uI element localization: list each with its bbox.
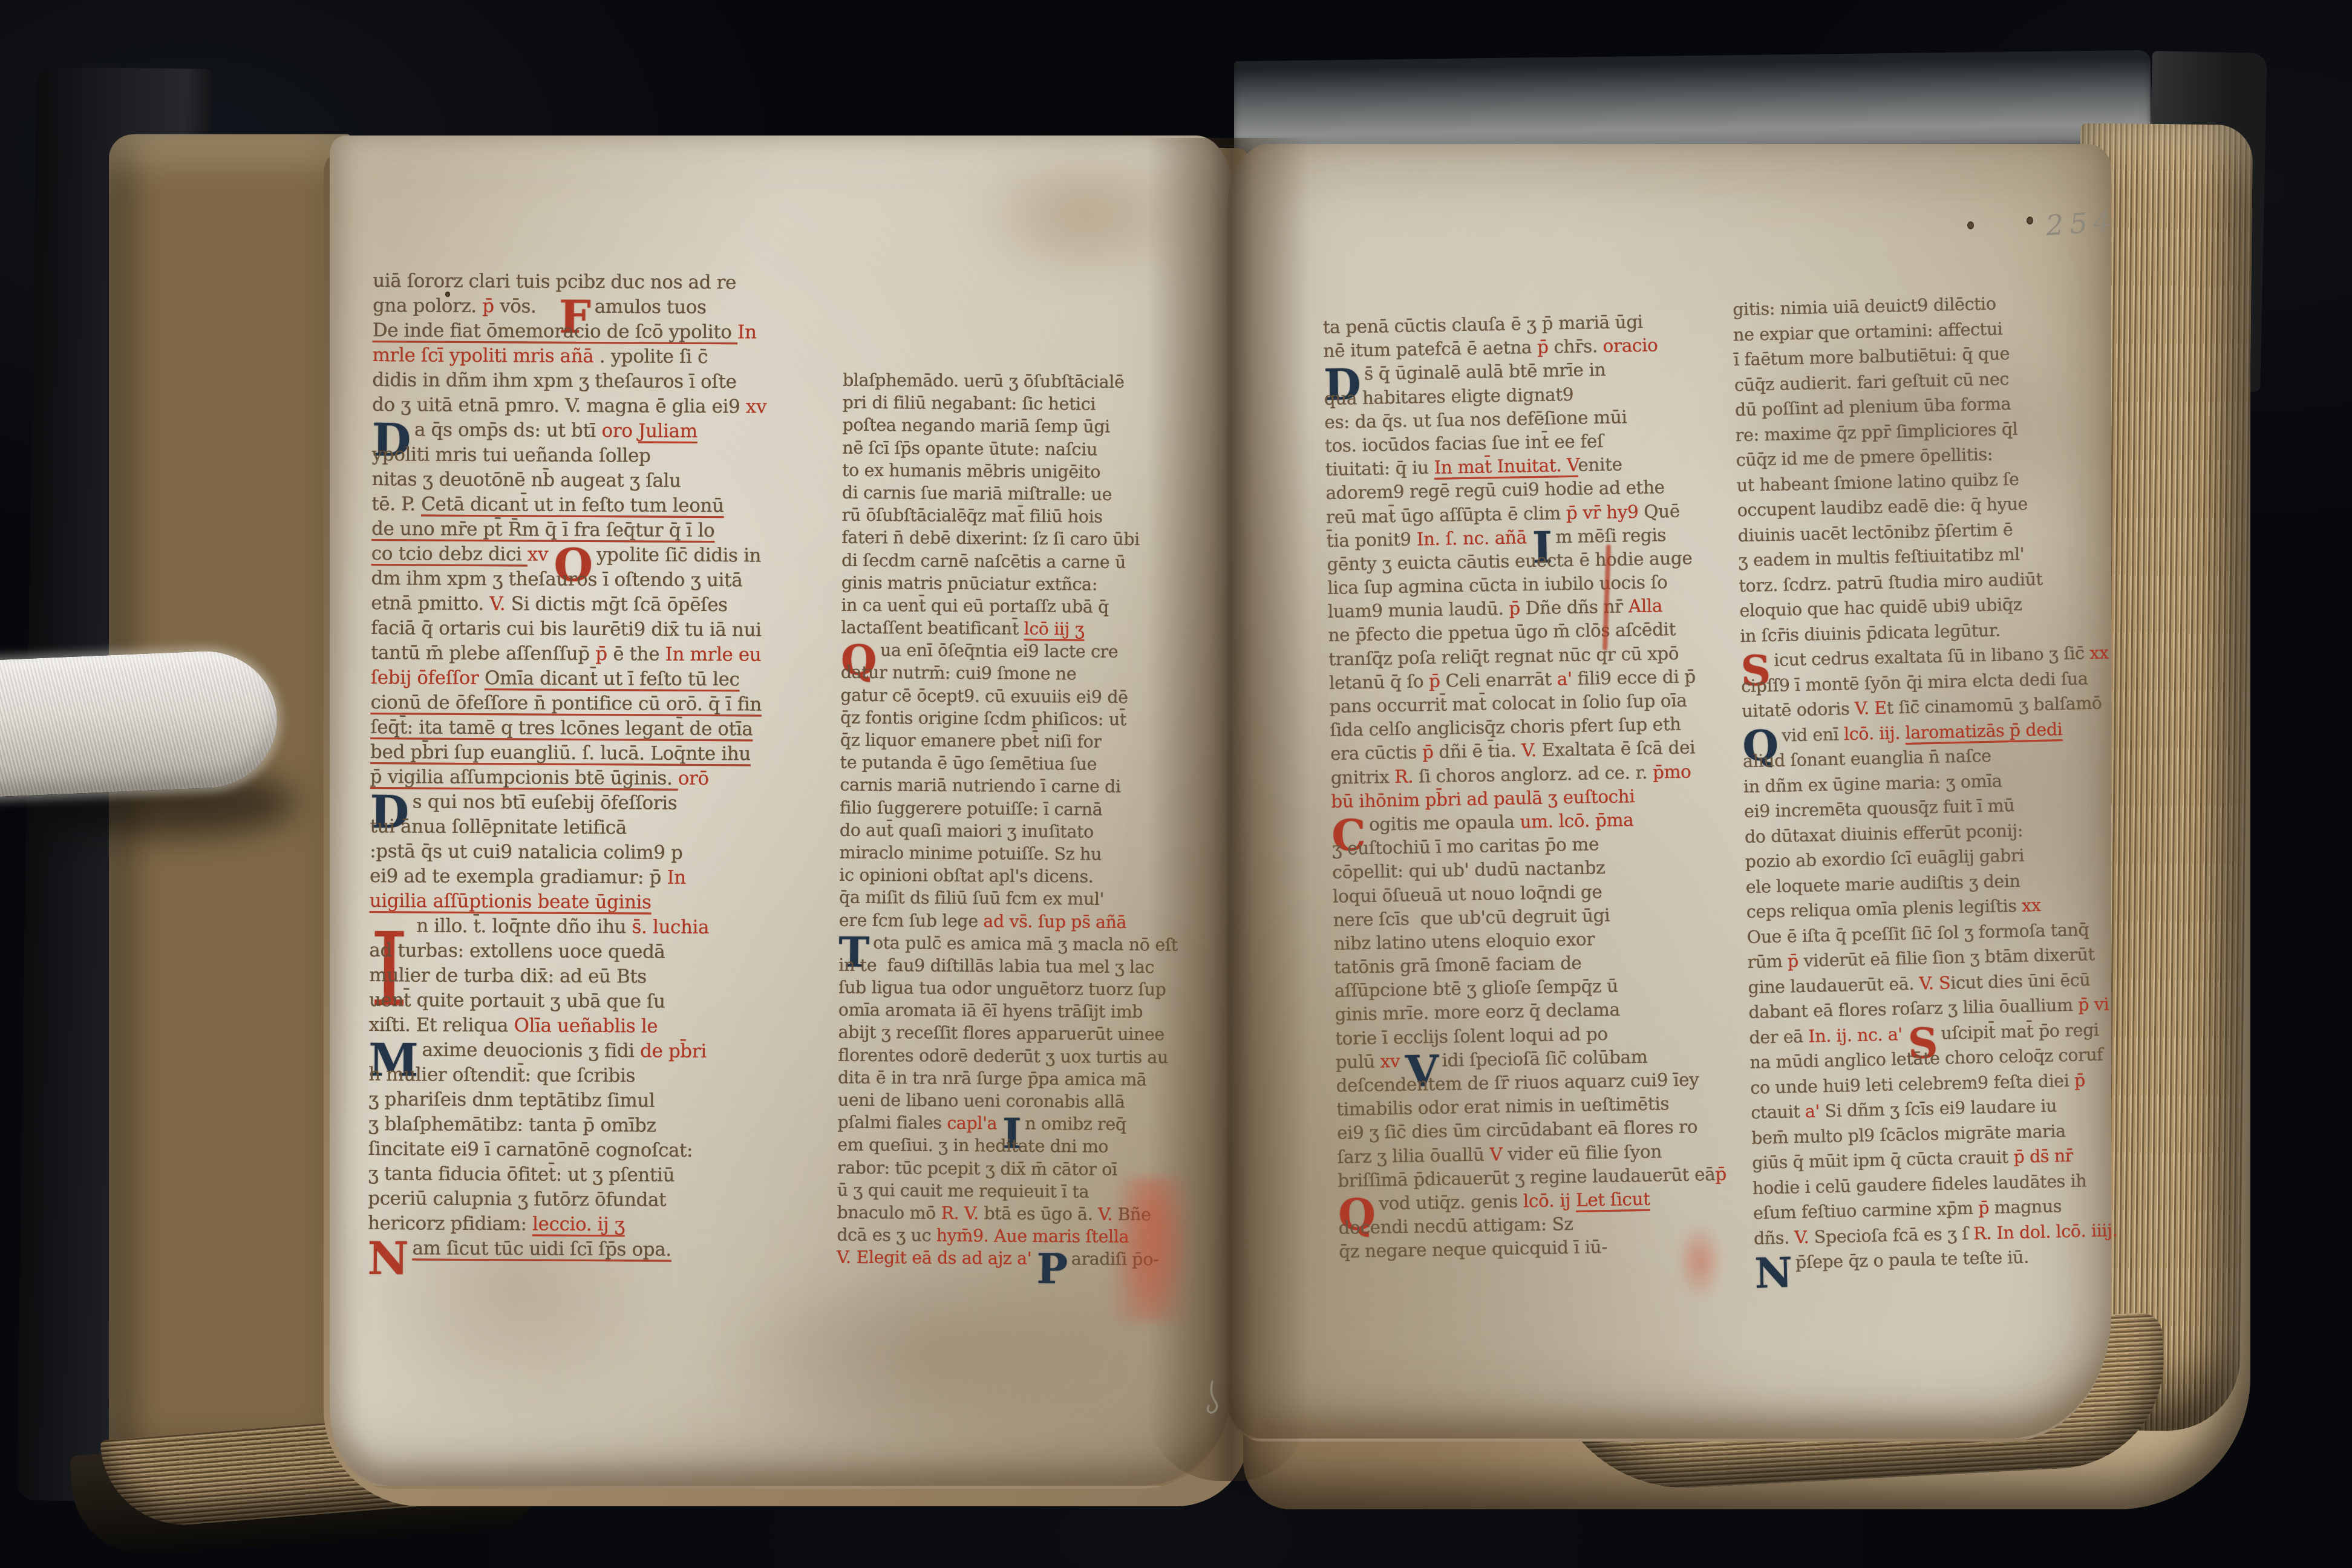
text-line: De inde fiat ōmemoracio de ſcō ypolito I… bbox=[373, 318, 812, 345]
text-line: ypoliti mris tui ueñanda ſollep bbox=[372, 442, 811, 469]
text-segment: xv bbox=[528, 543, 554, 565]
text-segment: vod utiq̄z. genis bbox=[1379, 1191, 1523, 1214]
text-segment: Quē bbox=[1644, 500, 1680, 521]
text-line: blaſphemādo. uerū ʒ ōſubſtācialē bbox=[843, 369, 1243, 394]
text-segment: lcō. iij. bbox=[1844, 722, 1906, 743]
text-segment: rū ōſubſtācialēq̄z mat̄ filiū hois bbox=[841, 505, 1102, 527]
text-segment: in dñm ex ūgine maria: ʒ omīa bbox=[1743, 771, 2002, 797]
text-segment: xv bbox=[1380, 1051, 1405, 1072]
text-segment: ei9 ad te exempla gradiamur: p̄ bbox=[370, 865, 667, 889]
text-segment: ele loquete marie audiſtis ʒ dein bbox=[1745, 871, 2020, 897]
text-segment: q̄z negare neque quicquid ī iū- bbox=[1339, 1236, 1607, 1262]
text-segment: di ſecdm carnē naſcētis a carne ū bbox=[841, 550, 1126, 572]
text-line: ei9 ad te exempla gradiamur: p̄ In bbox=[370, 864, 809, 891]
text-segment: ē the bbox=[613, 643, 665, 665]
text-line: di carnis ſue mariā miſtralle: ue bbox=[842, 482, 1243, 507]
text-segment: Alla bbox=[1628, 596, 1663, 617]
text-segment: dcā es ʒ uc bbox=[837, 1225, 936, 1246]
text-segment: re: maxime q̄z ppr̄ ſimpliciores q̄l bbox=[1736, 419, 2018, 445]
text-segment: filio ſuggerere potuiſſe: ī carnā bbox=[840, 797, 1102, 819]
text-segment: cōpellit: qui ub' dudū nactanbz bbox=[1332, 857, 1605, 883]
text-segment: mulier de turba dix̄: ad eū Bts bbox=[369, 964, 647, 987]
text-segment: am ſicut tūc uidi ſcī ſp̄s opa. bbox=[412, 1237, 671, 1260]
text-line: poſtea negando mariā ſemp ūgi bbox=[842, 414, 1243, 439]
text-line: pſalmi fiales capl'a In omibz req̄ bbox=[837, 1111, 1238, 1137]
text-segment: R. V. bbox=[941, 1203, 984, 1223]
text-segment: faciā q̄ ortaris cui bis laurēti9 dix̄ t… bbox=[371, 617, 762, 641]
text-segment: florentes odorē dederūt ʒ uox turtis au bbox=[838, 1045, 1168, 1067]
text-line: faciā q̄ ortaris cui bis laurēti9 dix̄ t… bbox=[371, 616, 810, 643]
text-segment: p̄ bbox=[1715, 1163, 1726, 1184]
text-segment: xx bbox=[2022, 895, 2041, 916]
text-segment: Si dictis mḡt ſcā ōpēſes bbox=[511, 593, 728, 616]
text-line: Ds qui nos btī euſebij ōfeſſoris bbox=[370, 789, 809, 817]
text-segment: V. bbox=[489, 593, 511, 615]
text-segment: xiſti. Et reliqua bbox=[369, 1014, 514, 1036]
text-segment: miraclo minime potuiſſe. Sz hu bbox=[840, 843, 1102, 864]
text-segment: viderūt eā filie ſion ʒ btām dixerūt bbox=[1803, 944, 2095, 971]
text-segment: ypoliti mris tui ueñanda ſollep bbox=[372, 443, 651, 466]
text-line: ſincitate ei9 ī carnatōnē cognoſcat: bbox=[368, 1137, 808, 1164]
text-segment: q̄a miſit ds filiū ſuū fcm ex mul' bbox=[839, 887, 1104, 909]
text-segment: gatur cē ōcept9. cū exuuiis ei9 dē bbox=[840, 685, 1128, 707]
text-segment: pceriū calupnia ʒ futōrz ōfundat bbox=[368, 1187, 666, 1211]
text-segment: timabilis odor erat nimis in ueſtimētis bbox=[1336, 1093, 1669, 1120]
text-segment: axime deuocionis ʒ fidi bbox=[422, 1039, 640, 1062]
text-line: ʒ tanta fiducia ōfitet̄: ut ʒ pſentiū bbox=[368, 1161, 807, 1189]
left-page-column-1: uiā ſororz clari tuis pcibz duc nos ad r… bbox=[368, 269, 812, 1263]
text-segment: tantū m̄ plebe aſſenſſup̄ bbox=[371, 642, 596, 665]
text-segment: p̄ſepe q̄z o paula te teſte iū. bbox=[1795, 1247, 2029, 1273]
text-segment: oracio bbox=[1602, 335, 1658, 357]
text-segment: fateri n̄ debē dixerint: ſz ſi caro ūbi bbox=[841, 528, 1140, 549]
text-segment: Si dñm ʒ ſcīs ei9 laudare iu bbox=[1824, 1096, 2057, 1121]
text-line: ueni de libano ueni coronabis allā bbox=[838, 1089, 1238, 1114]
text-line: in te fau9 diſtillās labia tua mel ʒ lac bbox=[838, 954, 1239, 979]
text-line: p̄ vigilia aſſumpcionis btē ūginis. orō bbox=[370, 765, 809, 792]
text-segment: V bbox=[1489, 1143, 1508, 1165]
text-segment: ū ʒ qui cauit me requieuit ī ta bbox=[837, 1180, 1089, 1201]
text-segment: a' bbox=[1805, 1101, 1825, 1122]
text-line: ʒ phariſeis dnm teptātibz ſimul bbox=[368, 1087, 808, 1114]
text-segment: em queſiui. ʒ in heditate dni mo bbox=[837, 1135, 1108, 1157]
text-segment: Dñe dñs nr̄ bbox=[1526, 596, 1629, 619]
text-line: Da q̄s omp̄s ds: ut btī oro Juliam bbox=[372, 417, 811, 445]
text-segment: do dūtaxat diuinis efferūt pconij: bbox=[1745, 820, 2024, 846]
text-segment: ua enī ōſeq̄ntia ei9 lacte cre bbox=[880, 640, 1118, 662]
text-segment: ta penā cūctis clauſa ē ʒ p̄ mariā ūgi bbox=[1322, 312, 1643, 338]
text-segment: gine laudauerūt eā. bbox=[1748, 973, 1919, 997]
text-line: do aut̄ quaſi maiori ʒ inuſitato bbox=[840, 818, 1240, 844]
text-segment: q̄z fontis origine ſcdm phiſicos: ut̄ bbox=[840, 708, 1126, 730]
text-segment: Exaltata ē ſcā dei bbox=[1542, 737, 1696, 760]
text-segment: pulū bbox=[1336, 1051, 1380, 1072]
text-segment: uitatē odoris bbox=[1742, 699, 1855, 721]
text-segment: uigilia aſſūptionis beate ūginis bbox=[370, 890, 652, 913]
text-segment: do aut̄ quaſi maiori ʒ inuſitato bbox=[840, 820, 1094, 841]
right-page-column-2: gitis: nimia uiā deuict9 dilēctione expi… bbox=[1733, 289, 2132, 1276]
text-line: fateri n̄ debē dixerint: ſz ſi caro ūbi bbox=[841, 526, 1242, 552]
text-segment: laromatizās p̄ dedi bbox=[1905, 719, 2062, 743]
illuminated-initial: P bbox=[1037, 1252, 1068, 1287]
text-segment: pſalmi fiales bbox=[837, 1112, 947, 1133]
text-line: filio ſuggerere potuiſſe: ī carnā bbox=[840, 796, 1240, 822]
text-segment: enite bbox=[1578, 454, 1622, 475]
text-segment: orō bbox=[678, 768, 709, 789]
text-segment: p̄ bbox=[1537, 337, 1554, 358]
text-segment: V. bbox=[1794, 1227, 1814, 1247]
text-segment: ſarz ʒ lilia ōuallū bbox=[1337, 1144, 1489, 1167]
text-line: rū ōſubſtācialēq̄z mat̄ filiū hois bbox=[841, 504, 1242, 529]
text-line: ere fcm ſub lege ad vs̄. ſup ps̄ añā bbox=[839, 909, 1240, 934]
text-segment: ypolite ſic̄ didis in bbox=[596, 544, 761, 566]
text-line: datur nutrm̄: cui9 ſmone ne bbox=[841, 661, 1241, 687]
text-line: q̄a miſit ds filiū ſuū fcm ex mul' bbox=[839, 886, 1240, 912]
text-segment: ere fcm ſub lege bbox=[839, 910, 984, 931]
text-segment: ut habeant ſmione latino quibz ſe bbox=[1736, 469, 2019, 495]
text-line: q̄z fontis origine ſcdm phiſicos: ut̄ bbox=[840, 707, 1241, 732]
text-segment: do ʒ uitā etnā pmro. V. magna ē glia ei9 bbox=[372, 394, 746, 417]
text-line: lactaſſent beatificant̄ lcō iij ʒ bbox=[841, 616, 1241, 642]
text-segment: uiā ſororz clari tuis pcibz duc nos ad r… bbox=[373, 270, 736, 293]
text-segment: vid enī bbox=[1782, 724, 1844, 745]
text-segment: abijt ʒ receſſit flores apparuerūt uinee bbox=[838, 1022, 1164, 1045]
text-line: pceriū calupnia ʒ futōrz ōfundat bbox=[368, 1186, 807, 1214]
text-segment: a q̄s omp̄s ds: ut btī bbox=[414, 419, 602, 442]
text-segment: aliud ſonant euanglia n̄ naſce bbox=[1743, 746, 1991, 771]
text-segment: p̄ bbox=[1978, 1198, 1994, 1218]
text-segment: nitas ʒ deuotōnē nb̄ augeat ʒ ſalu bbox=[371, 468, 681, 492]
white-glove-finger bbox=[0, 648, 280, 797]
text-segment: magnus bbox=[1994, 1196, 2062, 1218]
text-segment: tos. iocūdos facias ſue int̄ ee feſ bbox=[1325, 431, 1604, 456]
text-line: ad turbas: extollens uoce quedā bbox=[369, 938, 808, 965]
text-segment: nē ſcī ſp̄s opante ūtute: naſciu bbox=[842, 437, 1097, 459]
text-segment: s qui nos btī euſebij ōfeſſoris bbox=[413, 791, 678, 814]
text-segment: In. ij. nc. a' bbox=[1808, 1024, 1908, 1047]
text-segment: p̄ bbox=[2074, 1070, 2086, 1090]
text-segment: letanū q̄ ſo bbox=[1329, 671, 1429, 693]
text-line: h mulier oſtendit̄: que ſcribis bbox=[368, 1062, 808, 1089]
text-line: cionū de ōfeſſore n̄ pontifice cū orō. q… bbox=[370, 690, 809, 717]
text-segment: gitis: nimia uiā deuict9 dilēctio bbox=[1733, 293, 1996, 319]
text-segment: um. lcō. p̄ma bbox=[1520, 809, 1633, 832]
text-segment: p̄ vigilia aſſumpcionis btē ūginis. bbox=[370, 766, 678, 789]
text-segment: amulos tuos bbox=[595, 296, 707, 318]
text-segment: De inde fiat ōmemoracio de ſcō ypolito bbox=[373, 319, 738, 343]
text-line: ſeq̄t̄: ita tamē q tres lcōnes legant̄ d… bbox=[370, 715, 809, 742]
text-segment: ginis matris pnūciatur extñca: bbox=[841, 572, 1097, 594]
text-segment: ne p̄fecto die ppetua ūgo m̄ clōs aſcēdi… bbox=[1328, 619, 1676, 645]
text-line: abijt ʒ receſſit flores apparuerūt uinee bbox=[838, 1021, 1238, 1047]
text-line: dm ihm xpm ʒ theſauros ī oſtendo ʒ uitā bbox=[371, 566, 811, 593]
text-segment: tatōnis grā ſmonē faciam de bbox=[1334, 953, 1582, 978]
text-segment: a' bbox=[1557, 668, 1577, 690]
text-segment: ei9 incremēta quousq̄z fuit ī mū bbox=[1744, 795, 2015, 822]
text-segment: . ypolite ſi c̄ bbox=[593, 345, 708, 368]
text-segment: m mēſi regis bbox=[1555, 524, 1666, 547]
text-line: bed pb̄ri ſup euangliū. ſ. lucā. Loq̄nte… bbox=[370, 740, 809, 767]
text-line: tē. P. Cetā dicant̄ ut in feſto tum leon… bbox=[371, 492, 811, 519]
text-line: ginis matris pnūciatur extñca: bbox=[841, 571, 1242, 596]
text-line: in ca uent̄ qui eū portaſſz ubā q̄ bbox=[841, 594, 1241, 619]
text-segment: di carnis ſue mariā miſtralle: ue bbox=[842, 483, 1112, 505]
text-line: te putanda ē ūgo ſemētiua ſue bbox=[840, 751, 1241, 777]
text-segment: Let ſicut bbox=[1576, 1189, 1650, 1210]
text-segment: dñs. bbox=[1754, 1227, 1795, 1249]
text-line: Qua enī ōſeq̄ntia ei9 lacte cre bbox=[841, 639, 1241, 664]
text-segment: ſeq̄t̄: ita tamē q tres lcōnes legant̄ d… bbox=[370, 716, 753, 740]
binding-thread-curl bbox=[1199, 1380, 1226, 1430]
text-segment: rūm bbox=[1747, 952, 1788, 972]
text-segment: dm ihm xpm ʒ theſauros ī oſtendo ʒ uitā bbox=[371, 567, 743, 591]
text-line: :pstā q̄s ut cui9 natalicia colim9 p bbox=[370, 839, 809, 866]
text-segment: bnaculo mō bbox=[837, 1203, 941, 1223]
text-segment: In bbox=[667, 867, 686, 889]
text-segment: nere ſcīs que ub'cū degruit ūgi bbox=[1333, 905, 1610, 930]
text-segment: tē. P. bbox=[371, 493, 421, 515]
text-segment: cūq̄z audierit. fari geſtuit cū nec bbox=[1734, 368, 2010, 394]
text-segment: cionū de ōfeſſore n̄ pontifice cū orō. q… bbox=[370, 691, 762, 715]
text-segment: carnis mariā nutriendo ī carne di bbox=[840, 775, 1121, 797]
text-segment: eloquio que hac quidē ubi9 ubiq̄z bbox=[1739, 595, 2022, 621]
text-segment: oro bbox=[602, 420, 639, 442]
text-segment: docendi necdū attigam: Sz bbox=[1338, 1214, 1573, 1238]
text-segment: p̄ bbox=[1422, 742, 1439, 762]
text-segment: capl'a bbox=[947, 1113, 1002, 1134]
text-segment: icut dies ūni ēcū bbox=[1950, 970, 2091, 993]
text-line: di ſecdm carnē naſcētis a carne ū bbox=[841, 549, 1242, 574]
text-segment: briſſimā p̄dicauerūt ʒ regine laudauerūt… bbox=[1338, 1164, 1716, 1191]
text-line: xiſti. Et reliqua Olīa ueñablis le bbox=[369, 1013, 808, 1040]
text-line: omīa aromata iā ēī hyens trāſijt imb bbox=[838, 999, 1239, 1024]
text-line: ʒ blaſphemātibz: tanta p̄ omībz bbox=[368, 1112, 808, 1139]
text-segment: ad turbas: extollens uoce quedā bbox=[369, 939, 665, 963]
text-line: carnis mariā nutriendo ī carne di bbox=[840, 774, 1240, 799]
text-segment: p̄ bbox=[482, 295, 500, 317]
text-segment: uent̄ quite portauit ʒ ubā que ſu bbox=[369, 989, 665, 1013]
text-segment: xv bbox=[746, 396, 766, 417]
text-segment: in ca uent̄ qui eū portaſſz ubā q̄ bbox=[841, 595, 1109, 617]
text-segment: te putanda ē ūgo ſemētiua ſue bbox=[840, 753, 1097, 774]
text-segment: dabant eā flores roſarz ʒ lilia ōuallium bbox=[1748, 995, 2078, 1022]
text-segment: torie ī ecclijs ſolent loqui ad po bbox=[1335, 1024, 1608, 1049]
text-segment: In. ſ. nc. añā bbox=[1416, 527, 1532, 549]
right-page-column-1: ta penā cūctis clauſa ē ʒ p̄ mariā ūginē… bbox=[1322, 309, 1750, 1264]
text-line: do ʒ uitā etnā pmro. V. magna ē glia ei9… bbox=[372, 393, 811, 420]
text-segment: ī faētum more balbutiētui: q̄ que bbox=[1734, 344, 2010, 370]
text-segment: pozio ab exordio ſcī euāglij gabri bbox=[1745, 846, 2025, 872]
text-segment: nibz latino utens eloquio exor bbox=[1333, 929, 1595, 954]
text-line: miraclo minime potuiſſe. Sz hu bbox=[839, 841, 1240, 867]
text-segment: In mrle eu bbox=[665, 644, 762, 666]
text-segment: p̄ ds̄ nr̄ bbox=[2013, 1146, 2073, 1167]
text-segment: Omīa dicant̄ ut ī feſto tū lec bbox=[485, 667, 740, 690]
manuscript-photo: { "photo_subject": "open medieval manusc… bbox=[0, 0, 2352, 1568]
text-segment: tiuitati: q̄ iu bbox=[1325, 457, 1434, 480]
text-segment: ne expiar que ortamini: affectui bbox=[1733, 319, 2003, 345]
text-segment: V. E bbox=[1855, 698, 1887, 719]
text-segment: pans occurrit̄ mat̄ colocat in ſolio ſup… bbox=[1329, 690, 1687, 717]
text-segment: der eā bbox=[1749, 1026, 1809, 1047]
text-segment: occupent laudibz eadē die: q̄ hyue bbox=[1737, 494, 2028, 520]
text-segment: Olīa ueñablis le bbox=[514, 1014, 658, 1037]
text-line: dita ē in tra nrā ſurge p̄pa amica mā bbox=[838, 1066, 1238, 1091]
text-segment: ſincitate ei9 ī carnatōnē cognoſcat: bbox=[368, 1138, 693, 1161]
text-line: didis in dñm ihm xpm ʒ theſauros ī oſte bbox=[372, 368, 811, 395]
text-segment: p̄ vr̄ hy9 bbox=[1566, 501, 1644, 523]
text-line: tantū m̄ plebe aſſenſſup̄ p̄ ē the In mr… bbox=[371, 641, 810, 668]
text-line: In illo. t̄. loq̄nte dño ihu s̄. luchia bbox=[370, 913, 809, 941]
text-segment: dñi ē t̄ia. bbox=[1439, 740, 1521, 762]
text-segment: p̄ bbox=[1429, 670, 1446, 691]
text-segment: poſtea negando mariā ſemp ūgi bbox=[842, 415, 1109, 437]
text-line: mulier de turba dix̄: ad eū Bts bbox=[369, 963, 808, 990]
text-segment: n omibz req̄ bbox=[1025, 1114, 1126, 1134]
text-line: Nam ſicut tūc uidi ſcī ſp̄s opa. bbox=[368, 1236, 807, 1263]
text-segment: In mat̄ Inuitat. V bbox=[1434, 455, 1578, 478]
text-segment: loqui ōſueuā ut nouo loq̄ndi ge bbox=[1333, 881, 1602, 907]
text-line: uigilia aſſūptionis beate ūginis bbox=[370, 889, 809, 916]
text-segment: mrle ſcī ypoliti mris añā bbox=[372, 344, 593, 367]
text-segment: p̄mo bbox=[1653, 761, 1691, 782]
text-line: q̄z liquor emanere pbet̄ niſi for bbox=[840, 729, 1241, 754]
text-segment: to ex humanis mēbris unigēito bbox=[842, 460, 1100, 482]
text-segment: Aue maris ſtella bbox=[994, 1226, 1129, 1247]
text-segment: adorem9 regē regū cui9 hodie ad ethe bbox=[1325, 477, 1665, 504]
text-segment: p̄ bbox=[1788, 951, 1804, 972]
text-segment: xx bbox=[2089, 642, 2109, 663]
text-segment: t̄ia ponit9 bbox=[1327, 529, 1417, 551]
text-segment: ueni de libano ueni coronabis allā bbox=[838, 1090, 1125, 1112]
text-segment: ʒ blaſphemātibz: tanta p̄ omībz bbox=[368, 1113, 656, 1136]
text-line: gna polorz. p̄ vōs. Famulos tuos bbox=[373, 293, 812, 321]
text-segment: era cūctis bbox=[1330, 742, 1423, 765]
left-page-column-2: blaſphemādo. uerū ʒ ōſubſtācialēpri di f… bbox=[837, 369, 1243, 1272]
text-segment: de uno mr̄e pt̄ R̄m q̄ ī fra ſeq̄tur q̄ … bbox=[371, 518, 715, 541]
text-segment: blaſphemādo. uerū ʒ ōſubſtācialē bbox=[843, 370, 1125, 392]
text-segment: lactaſſent beatificant̄ bbox=[841, 618, 1024, 639]
text-segment: chr̄s. bbox=[1553, 336, 1603, 357]
illuminated-initial: N bbox=[1754, 1255, 1792, 1292]
text-segment: torz. ſcdrz. patrū ſtudia miro audiūt bbox=[1739, 569, 2043, 595]
text-segment: leccio. ij ʒ bbox=[532, 1214, 625, 1236]
text-segment: in ſcr̄is diuinis p̄dicata legūtur. bbox=[1740, 620, 2001, 646]
text-segment: lcō. iiij. bbox=[2056, 1220, 2117, 1241]
worm-hole bbox=[445, 292, 450, 297]
text-segment: ctauit bbox=[1751, 1102, 1805, 1123]
text-segment: tranſq̄z poſa reliq̄t regnat nūc qr cū x… bbox=[1328, 642, 1679, 669]
text-line: em queſiui. ʒ in heditate dni mo bbox=[837, 1134, 1238, 1159]
illuminated-initial: N bbox=[368, 1240, 409, 1279]
text-line: tui ānua ſollēpnitate letificā bbox=[370, 814, 809, 841]
text-segment: ʒ eadem in multis feſtiuitatibz ml' bbox=[1738, 544, 2024, 570]
text-line: pri di filiū negabant: ſic hetici bbox=[843, 391, 1243, 417]
text-segment: ceps reliqua omīa plenis legiſtis bbox=[1746, 896, 2022, 922]
text-segment: ʒ euſtochiū ī mo caritas p̄o me bbox=[1331, 834, 1599, 859]
text-segment: Specioſa fcā es ʒ ſ bbox=[1814, 1223, 1973, 1247]
text-segment: co tcio debz dici bbox=[371, 543, 528, 565]
text-segment: :pstā q̄s ut cui9 natalicia colim9 p bbox=[370, 840, 682, 864]
text-segment: ginis mrīe. more eorz q̄ declama bbox=[1334, 999, 1620, 1025]
text-segment: btā es ūgo ā. bbox=[984, 1203, 1098, 1224]
text-segment: tui ānua ſollēpnitate letificā bbox=[370, 815, 627, 838]
text-segment: t ſic̄ cinamomū ʒ balſamō bbox=[1886, 693, 2102, 718]
text-segment: reū mat̄ ūgo aſſūpta ē clim bbox=[1326, 503, 1566, 528]
text-segment: ad ajz a' bbox=[962, 1248, 1037, 1269]
text-segment: pri di filiū negabant: ſic hetici bbox=[843, 393, 1096, 414]
red-ink-smudge bbox=[1110, 1177, 1195, 1322]
text-segment: de pb̄ri bbox=[640, 1040, 707, 1062]
text-segment: R. In dol. bbox=[1973, 1221, 2056, 1243]
text-segment: Cetā dicant̄ ut in feſto tum leonū bbox=[421, 494, 724, 517]
text-line: ſub ligua tua odor unguētorz tuorz ſup bbox=[838, 976, 1239, 1002]
folio-number: 254 bbox=[2045, 204, 2118, 242]
text-line: nē ſcī ſp̄s opante ūtute: naſciu bbox=[842, 436, 1243, 462]
text-segment: vider eū filie ſyon bbox=[1508, 1141, 1662, 1164]
text-line: uiā ſororz clari tuis pcibz duc nos ad r… bbox=[373, 269, 812, 296]
text-segment: didis in dñm ihm xpm ʒ theſauros ī oſte bbox=[372, 369, 736, 393]
text-segment: s̄. luchia bbox=[632, 916, 709, 938]
text-line: florentes odorē dederūt ʒ uox turtis au bbox=[838, 1044, 1238, 1069]
text-segment: p̄ bbox=[595, 643, 613, 665]
text-line: co tcio debz dici xv Oypolite ſic̄ didis… bbox=[371, 541, 811, 569]
text-line: hericorz pfidiam: leccio. ij ʒ bbox=[368, 1211, 807, 1238]
text-segment: nē itum patefcā ē aetna bbox=[1323, 337, 1537, 361]
text-segment: q̄z liquor emanere pbet̄ niſi for bbox=[840, 730, 1102, 752]
text-line: Tota pulc̄ es amica mā ʒ macla nō eſt bbox=[838, 931, 1239, 956]
text-segment: bū ihōnim pb̄ri ad paulā ʒ euſtochi bbox=[1331, 786, 1635, 812]
text-segment: eſum feſtiuo carmine xp̄m bbox=[1753, 1198, 1979, 1223]
book-top-edge bbox=[1234, 50, 2151, 160]
text-segment: ſebij ōfeſſor bbox=[371, 667, 485, 689]
text-segment: in te fau9 diſtillās labia tua mel ʒ lac bbox=[838, 955, 1154, 978]
text-segment: omīa aromata iā ēī hyens trāſijt imb bbox=[838, 1000, 1143, 1022]
text-segment: uſcipit̄ mat̄ p̄o regi bbox=[1941, 1019, 2099, 1043]
text-segment: idi ſpecioſā ſic̄ colūbam bbox=[1442, 1047, 1647, 1071]
text-segment: ei9 ʒ ſic̄ dies ūm circūdabant eā flores… bbox=[1337, 1117, 1698, 1143]
text-segment: cūq̄z id me de pmere ōpellitis: bbox=[1736, 445, 1993, 471]
text-segment: etnā pmitto. bbox=[371, 592, 489, 615]
text-line: mrle ſcī ypoliti mris añā . ypolite ſi c… bbox=[372, 343, 811, 370]
text-segment: In bbox=[737, 321, 757, 343]
text-segment: ogitis me opaula bbox=[1369, 811, 1520, 834]
text-line: to ex humanis mēbris unigēito bbox=[842, 459, 1243, 484]
text-segment: ſida celſo anglicisq̄z choris pfert ſup … bbox=[1330, 714, 1681, 740]
text-segment: rabor: tūc pcepit ʒ dix̄ m̄ cātor oī bbox=[837, 1157, 1117, 1179]
text-segment: ʒ phariſeis dnm teptātibz ſimul bbox=[368, 1088, 655, 1111]
text-line: Maxime deuocionis ʒ fidi de pb̄ri bbox=[368, 1037, 808, 1065]
text-line: ic opinioni obſtat apl's dicens. bbox=[839, 864, 1240, 889]
red-ink-smudge bbox=[1676, 1222, 1724, 1301]
text-segment: luam9 munia laudū. bbox=[1328, 598, 1509, 622]
text-segment: icut cedrus exaltata ſū in libano ʒ ſic̄ bbox=[1774, 643, 2090, 670]
text-line: etnā pmitto. V. Si dictis mḡt ſcā ōpēſes bbox=[371, 591, 810, 618]
text-segment: lica ſup agmina cūcta in iubilo uocis ſo bbox=[1327, 572, 1668, 598]
text-segment: qua habitares eligte dignat9 bbox=[1324, 384, 1573, 408]
text-segment: vōs. bbox=[500, 295, 559, 318]
text-segment: h mulier oſtendit̄: que ſcribis bbox=[368, 1063, 635, 1086]
text-segment: ad vs̄. ſup ps̄ añā bbox=[983, 911, 1126, 932]
text-segment: aſſūpcione btē ʒ glioſe ſempq̄z ū bbox=[1334, 976, 1618, 1001]
text-segment: hym̄9. bbox=[936, 1226, 995, 1246]
text-segment: lcō iij ʒ bbox=[1024, 619, 1084, 639]
text-segment: V. S bbox=[1919, 973, 1950, 993]
text-segment: ic opinioni obſtat apl's dicens. bbox=[839, 865, 1093, 887]
text-segment: bem̄ multo pl9 ſcāclos migrāte maria bbox=[1751, 1121, 2066, 1148]
text-segment: bed pb̄ri ſup euangliū. ſ. lucā. Loq̄nte… bbox=[370, 741, 751, 765]
text-segment: V. Elegit eā ds bbox=[837, 1247, 962, 1268]
